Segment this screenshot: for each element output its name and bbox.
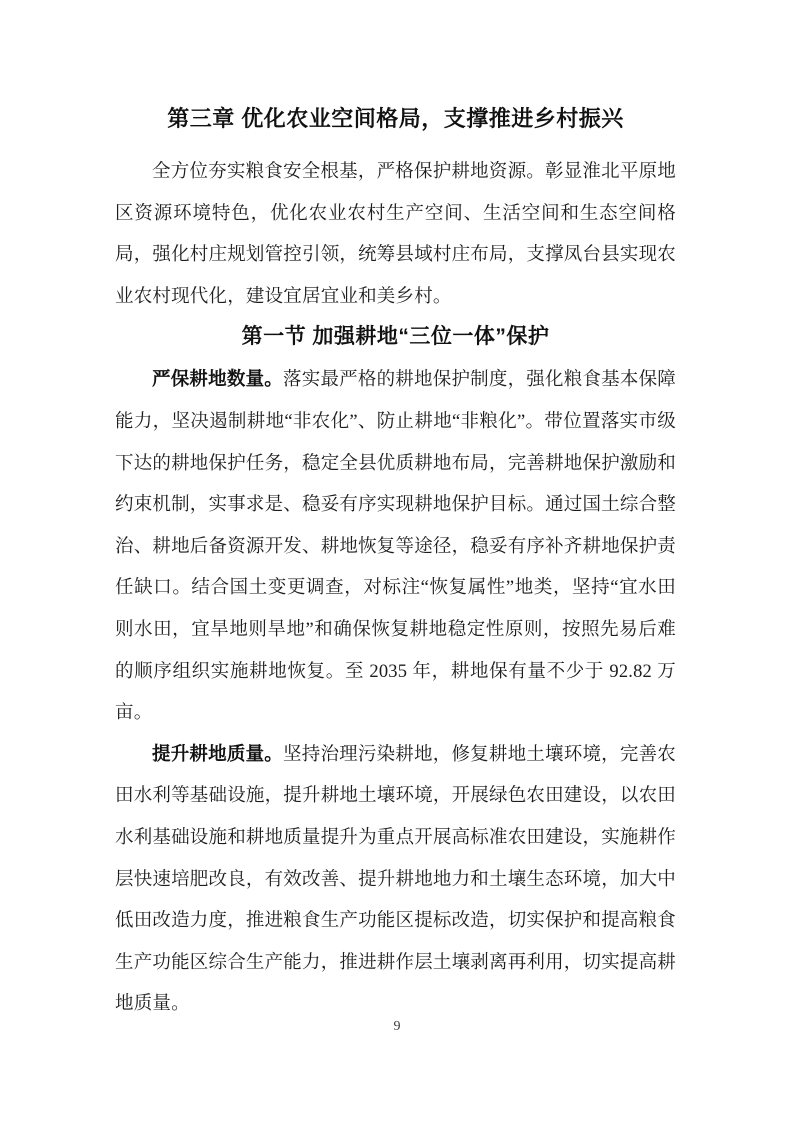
- chapter-title: 第三章 优化农业空间格局，支撑推进乡村振兴: [115, 102, 676, 135]
- page-number: 9: [0, 1017, 794, 1037]
- paragraph-quality-lead: 提升耕地质量。: [152, 745, 283, 765]
- paragraph-quality-text: 坚持治理污染耕地，修复耕地土壤环境，完善农田水利等基础设施，提升耕地土壤环境，开…: [115, 745, 676, 1015]
- document-page: 第三章 优化农业空间格局，支撑推进乡村振兴 全方位夯实粮食安全根基，严格保护耕地…: [0, 0, 794, 1122]
- paragraph-intro-text: 全方位夯实粮食安全根基，严格保护耕地资源。彰显淮北平原地区资源环境特色，优化农业…: [115, 162, 676, 307]
- paragraph-protect-quantity: 严保耕地数量。落实最严格的耕地保护制度，强化粮食基本保障能力，坚决遏制耕地“非农…: [115, 360, 676, 734]
- paragraph-quantity-lead: 严保耕地数量。: [152, 370, 283, 390]
- paragraph-improve-quality: 提升耕地质量。坚持治理污染耕地，修复耕地土壤环境，完善农田水利等基础设施，提升耕…: [115, 735, 676, 1026]
- paragraph-intro: 全方位夯实粮食安全根基，严格保护耕地资源。彰显淮北平原地区资源环境特色，优化农业…: [115, 152, 676, 318]
- paragraph-quantity-text: 落实最严格的耕地保护制度，强化粮食基本保障能力，坚决遏制耕地“非农化”、防止耕地…: [115, 370, 676, 723]
- section-title: 第一节 加强耕地“三位一体”保护: [115, 322, 676, 352]
